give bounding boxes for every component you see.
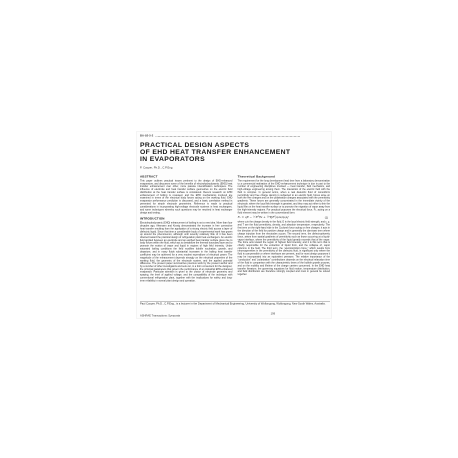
body-columns-wrap: ABSTRACT This paper outlines practical i… — [140, 175, 330, 301]
paper-code: BA-92-5-2 — [140, 134, 153, 137]
body-columns: ABSTRACT This paper outlines practical i… — [140, 175, 330, 282]
title-line-2: OF EHD HEAT TRANSFER ENHANCEMENT — [140, 149, 330, 156]
paper-code-line: BA-92-5-2 — [140, 134, 300, 139]
footer-wrap: ASHRAE Transactions: Symposia 199 — [140, 312, 330, 318]
equation-row: Fₑ = qE − ½E²∇ε + ½∇[E²ρ(∂ε/∂ρ)ₜ] (1) — [238, 216, 330, 219]
theoretical-heading: Theoretical Background — [238, 175, 330, 178]
author-line: P. Cooper, Ph.D., C.P.Eng. — [140, 166, 290, 169]
theoretical-text-before-equation: The requirement for the long development… — [238, 179, 330, 214]
scan-canvas: BA-92-5-2 PRACTICAL DESIGN ASPECTS OF EH… — [0, 0, 458, 458]
title-line-3: IN EVAPORATORS — [140, 156, 330, 163]
theoretical-text-after-equation: where q is the charge density in the flu… — [238, 221, 330, 276]
page-number: 199 — [271, 312, 275, 315]
introduction-heading: INTRODUCTION — [140, 217, 232, 220]
author-line-wrap: P. Cooper, Ph.D., C.P.Eng. — [140, 166, 290, 170]
abstract-text: This paper outlines practical issues per… — [140, 179, 232, 214]
paper-page: BA-92-5-2 PRACTICAL DESIGN ASPECTS OF EH… — [136, 131, 332, 319]
left-column: ABSTRACT This paper outlines practical i… — [140, 175, 232, 282]
introduction-text: Electrohydrodynamic (EHD) enhancement of… — [140, 221, 232, 282]
right-column: Theoretical Background The requirement f… — [238, 175, 330, 282]
equation-number: (1) — [325, 216, 328, 219]
paper-title: PRACTICAL DESIGN ASPECTS OF EHD HEAT TRA… — [140, 142, 330, 163]
dotted-leader — [155, 135, 300, 137]
abstract-heading: ABSTRACT — [140, 175, 232, 178]
title-line-1: PRACTICAL DESIGN ASPECTS — [140, 142, 330, 149]
author-affiliation-footnote: Paul Cooper, Ph.D., C.P.Eng., is a lectu… — [140, 302, 330, 305]
journal-footer: ASHRAE Transactions: Symposia — [140, 314, 180, 317]
equation-1: Fₑ = qE − ½E²∇ε + ½∇[E²ρ(∂ε/∂ρ)ₜ] — [238, 216, 289, 219]
